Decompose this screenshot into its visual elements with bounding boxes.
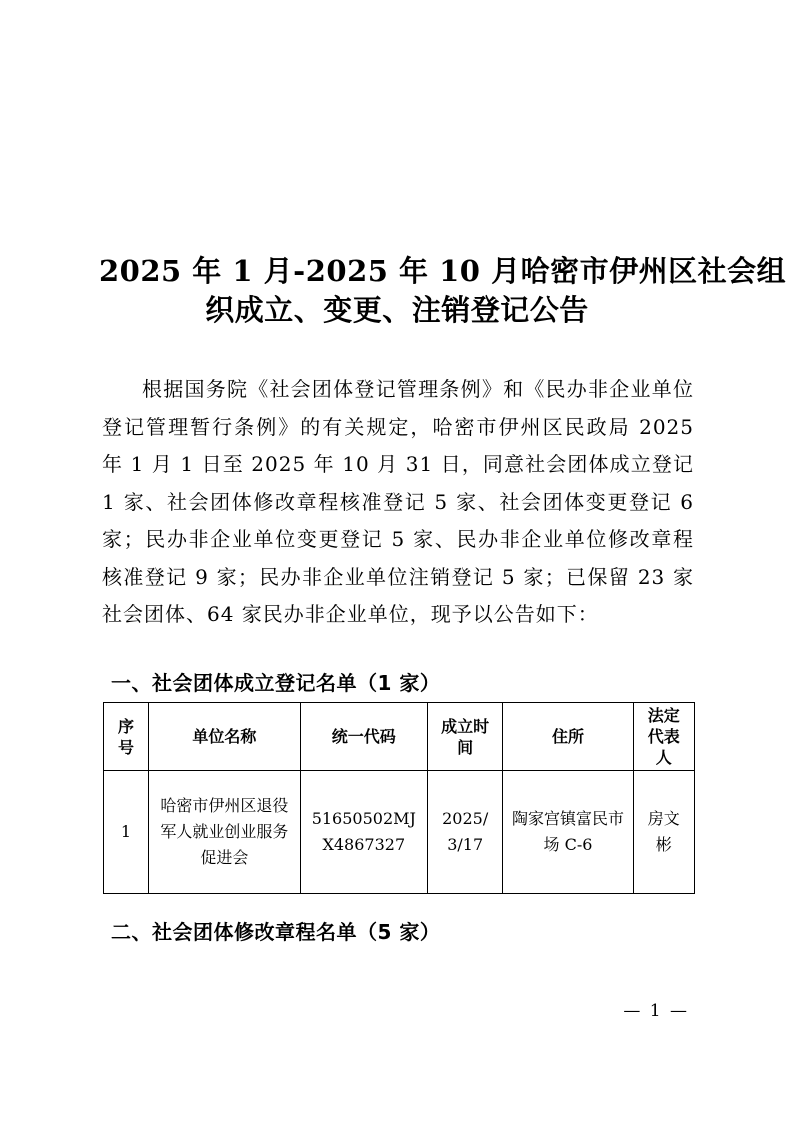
cell-establish-date: 2025/3/17 xyxy=(427,771,503,894)
col-header-index: 序号 xyxy=(104,703,149,771)
section-heading-establishment: 一、社会团体成立登记名单（1 家） xyxy=(111,667,440,696)
section-heading-charter-amendment: 二、社会团体修改章程名单（5 家） xyxy=(111,916,440,945)
table-row: 1 哈密市伊州区退役军人就业创业服务促进会 51650502MJX4867327… xyxy=(104,771,695,894)
page-number: — 1 — xyxy=(623,1001,689,1021)
col-header-address: 住所 xyxy=(503,703,633,771)
col-header-unified-code: 统一代码 xyxy=(300,703,427,771)
table-header-row: 序号 单位名称 统一代码 成立时间 住所 法定代表人 xyxy=(104,703,695,771)
page-title-line-1: 2025 年 1 月-2025 年 10 月哈密市伊州区社会组 xyxy=(99,252,695,291)
col-header-establish-date: 成立时间 xyxy=(427,703,503,771)
cell-unified-code: 51650502MJX4867327 xyxy=(300,771,427,894)
cell-legal-representative: 房文彬 xyxy=(633,771,695,894)
col-header-legal-representative: 法定代表人 xyxy=(633,703,695,771)
page-title: 2025 年 1 月-2025 年 10 月哈密市伊州区社会组 织成立、变更、注… xyxy=(99,252,695,330)
page-title-line-2: 织成立、变更、注销登记公告 xyxy=(99,291,695,330)
cell-unit-name: 哈密市伊州区退役军人就业创业服务促进会 xyxy=(148,771,300,894)
intro-paragraph: 根据国务院《社会团体登记管理条例》和《民办非企业单位登记管理暂行条例》的有关规定… xyxy=(102,371,694,634)
establishment-registration-table: 序号 单位名称 统一代码 成立时间 住所 法定代表人 1 哈密市伊州区退役军人就… xyxy=(103,702,695,894)
cell-index: 1 xyxy=(104,771,149,894)
col-header-unit-name: 单位名称 xyxy=(148,703,300,771)
document-page: 2025 年 1 月-2025 年 10 月哈密市伊州区社会组 织成立、变更、注… xyxy=(0,0,793,1122)
cell-address: 陶家宫镇富民市场 C-6 xyxy=(503,771,633,894)
